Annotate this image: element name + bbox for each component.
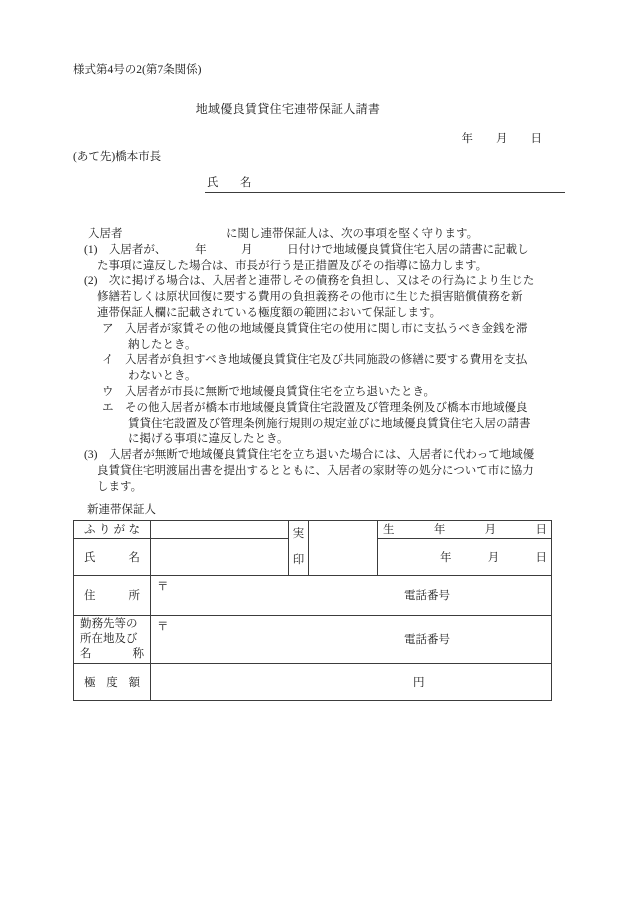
furigana-label-cell: ふりがな bbox=[74, 520, 151, 539]
birth-date-label-cell: 生年月日 bbox=[378, 520, 552, 539]
guarantor-table: ふりがな 実印 生年月日 氏名 年月日 bbox=[73, 520, 552, 701]
guarantor-table-heading: 新連帯保証人 bbox=[87, 503, 565, 517]
workplace-label-line3: 名称 bbox=[80, 647, 144, 662]
postal-mark: 〒 bbox=[157, 578, 169, 594]
form-number: 様式第4号の2(第7条関係) bbox=[73, 62, 565, 78]
workplace-phone-number-label: 電話番号 bbox=[404, 631, 450, 647]
limit-amount-input-cell: 円 bbox=[151, 663, 552, 700]
page-content: 様式第4号の2(第7条関係) 地域優良賃貸住宅連帯保証人請書 年 月 日 (あて… bbox=[0, 0, 630, 701]
phone-number-label: 電話番号 bbox=[404, 587, 450, 603]
clauses-block: 入居者 に関し連帯保証人は、次の事項を堅く守ります。 (1) 入居者が、 年 月… bbox=[73, 227, 565, 496]
workplace-label-cell: 勤務先等の 所在地及び 名称 bbox=[74, 615, 151, 663]
clause-2-sub-i: イ 入居者が負担すべき地域優良賃貸住宅及び共同施設の修繕に要する費用を支払 わな… bbox=[73, 353, 565, 385]
workplace-label-line1: 勤務先等の bbox=[80, 617, 144, 632]
address-label: 住所 bbox=[74, 587, 150, 603]
furigana-label: ふりがな bbox=[74, 521, 150, 537]
furigana-input-cell bbox=[151, 520, 289, 539]
yen-unit-label: 円 bbox=[413, 674, 425, 690]
clause-2-sub-u: ウ 入居者が市長に無断で地域優良賃貸住宅を立ち退いたとき。 bbox=[73, 385, 565, 401]
workplace-postal-mark: 〒 bbox=[157, 618, 169, 634]
birth-date-blank-cell: 年月日 bbox=[378, 539, 552, 575]
workplace-label-line2: 所在地及び bbox=[80, 632, 144, 647]
registered-seal-label: 実印 bbox=[289, 521, 308, 575]
document-page: 様式第4号の2(第7条関係) 地域優良賃貸住宅連帯保証人請書 年 月 日 (あて… bbox=[0, 0, 630, 903]
clause-2-sub-a: ア 入居者が家賃その他の地域優良賃貸住宅の使用に関し市に支払うべき金銭を滞 納し… bbox=[73, 322, 565, 354]
signer-name-label: 氏 名 bbox=[205, 177, 257, 189]
address-label-cell: 住所 bbox=[74, 575, 151, 615]
signer-name-underline: 氏 名 bbox=[205, 174, 565, 193]
clause-2-sub-e: エ その他入居者が橋本市地域優良賃貸住宅設置及び管理条例及び橋本市地域優良 賃貸… bbox=[73, 401, 565, 448]
clause-intro: 入居者 に関し連帯保証人は、次の事項を堅く守ります。 bbox=[73, 227, 565, 243]
clause-2: (2) 次に掲げる場合は、入居者と連帯しその債務を負担し、又はその行為により生じ… bbox=[73, 274, 565, 321]
limit-amount-label: 極度額 bbox=[74, 674, 150, 690]
document-title: 地域優良賃貸住宅連帯保証人請書 bbox=[196, 102, 381, 116]
name-label-cell: 氏名 bbox=[74, 539, 151, 575]
address-input-cell: 〒 電話番号 bbox=[151, 575, 552, 615]
clause-1: (1) 入居者が、 年 月 日付けで地域優良賃貸住宅入居の請書に記載し た事項に… bbox=[73, 243, 565, 275]
registered-seal-cell: 実印 bbox=[289, 520, 309, 575]
birth-date-label: 生年月日 bbox=[378, 521, 551, 537]
date-blank-line: 年 月 日 bbox=[73, 131, 565, 147]
addressee-line: (あて先)橋本市長 bbox=[73, 149, 565, 165]
title-row: 地域優良賃貸住宅連帯保証人請書 bbox=[73, 100, 503, 118]
guarantor-name-label: 氏名 bbox=[74, 549, 150, 565]
clause-3: (3) 入居者が無断で地域優良賃貸住宅を立ち退いた場合には、入居者に代わって地域… bbox=[73, 448, 565, 495]
name-input-cell bbox=[151, 539, 289, 575]
limit-amount-label-cell: 極度額 bbox=[74, 663, 151, 700]
workplace-input-cell: 〒 電話番号 bbox=[151, 615, 552, 663]
birth-date-blank: 年月日 bbox=[378, 549, 551, 565]
seal-stamp-area bbox=[309, 520, 378, 575]
workplace-label: 勤務先等の 所在地及び 名称 bbox=[74, 616, 150, 663]
